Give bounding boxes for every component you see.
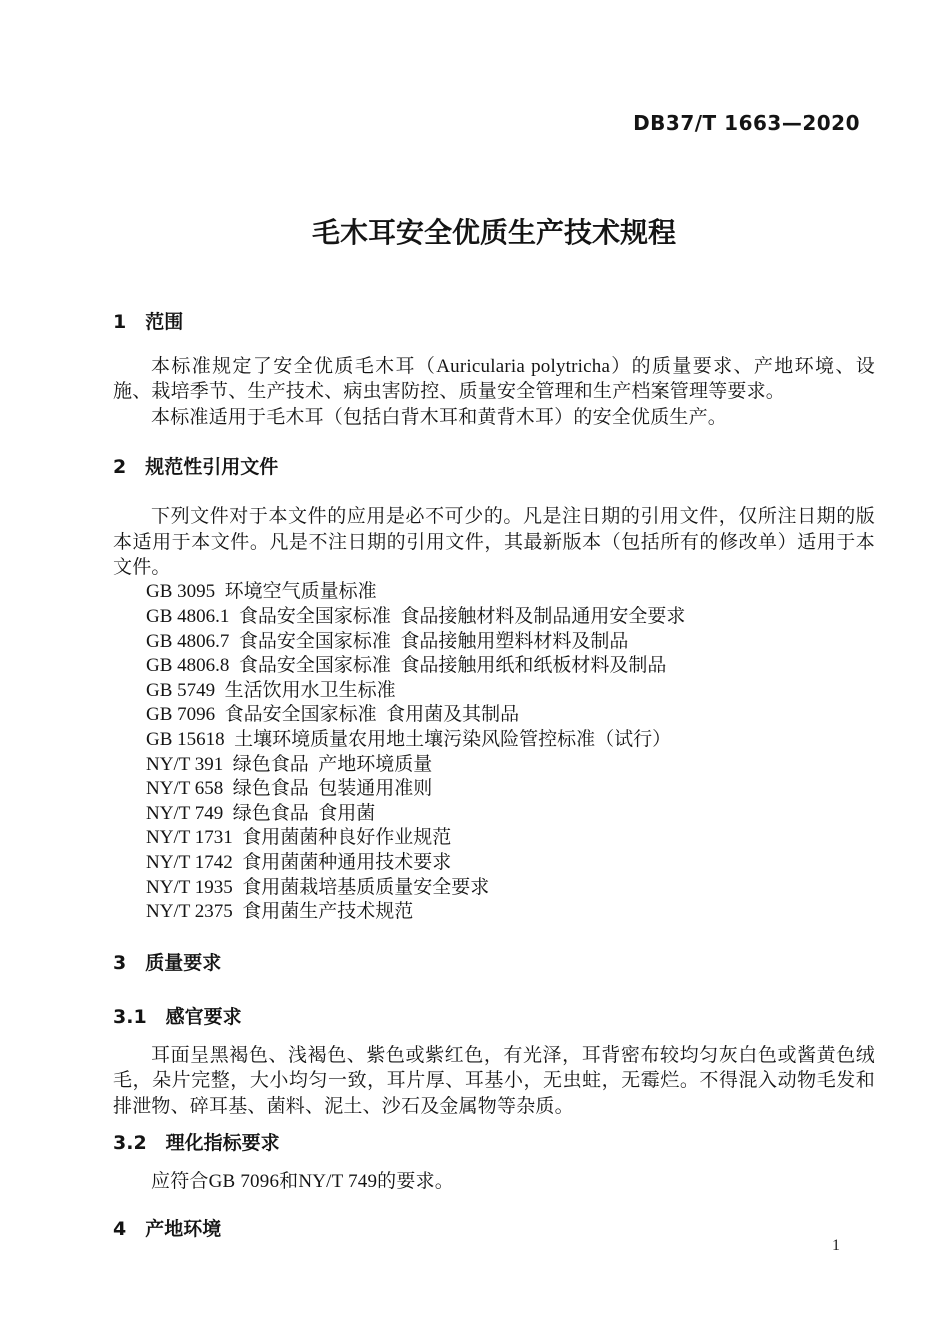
page-content: DB37/T 1663—2020 毛木耳安全优质生产技术规程 1范围 本标准规定…: [0, 112, 950, 1241]
section-number: 3.1: [113, 1005, 147, 1029]
reference-item: GB 4806.8 食品安全国家标准 食品接触用纸和纸板材料及制品: [113, 654, 875, 679]
section-title: 规范性引用文件: [145, 456, 278, 478]
section-number: 2: [113, 455, 126, 479]
section-1-heading: 1范围: [113, 310, 875, 334]
reference-item: GB 4806.7 食品安全国家标准 食品接触用塑料材料及制品: [113, 630, 875, 655]
reference-item: NY/T 391 绿色食品 产地环境质量: [113, 753, 875, 778]
document-title: 毛木耳安全优质生产技术规程: [113, 214, 875, 252]
physicochemical-requirements-paragraph: 应符合GB 7096和NY/T 749的要求。: [113, 1169, 875, 1194]
reference-item: GB 5749 生活饮用水卫生标准: [113, 679, 875, 704]
reference-item: NY/T 1742 食用菌菌种通用技术要求: [113, 851, 875, 876]
reference-item: NY/T 658 绿色食品 包装通用准则: [113, 777, 875, 802]
standard-code: DB37/T 1663—2020: [113, 112, 860, 134]
reference-item: NY/T 2375 食用菌生产技术规范: [113, 900, 875, 925]
reference-item: GB 4806.1 食品安全国家标准 食品接触材料及制品通用安全要求: [113, 605, 875, 630]
section-3-heading: 3质量要求: [113, 951, 875, 975]
reference-item: NY/T 749 绿色食品 食用菌: [113, 802, 875, 827]
references-intro-paragraph: 下列文件对于本文件的应用是必不可少的。凡是注日期的引用文件，仅所注日期的版本适用…: [113, 504, 875, 580]
section-title: 感官要求: [166, 1006, 242, 1028]
page-number: 1: [832, 1236, 840, 1256]
section-title: 产地环境: [145, 1218, 221, 1240]
section-number: 4: [113, 1217, 126, 1241]
reference-item: GB 7096 食品安全国家标准 食用菌及其制品: [113, 703, 875, 728]
reference-item: GB 3095 环境空气质量标准: [113, 580, 875, 605]
section-3-1-heading: 3.1感官要求: [113, 1005, 875, 1029]
section-number: 3: [113, 951, 126, 975]
section-title: 理化指标要求: [166, 1132, 280, 1154]
section-title: 质量要求: [145, 952, 221, 974]
document-page: DB37/T 1663—2020 毛木耳安全优质生产技术规程 1范围 本标准规定…: [0, 0, 950, 1344]
section-3-2-heading: 3.2理化指标要求: [113, 1131, 875, 1155]
reference-item: NY/T 1731 食用菌菌种良好作业规范: [113, 826, 875, 851]
section-title: 范围: [145, 311, 183, 333]
section-2-heading: 2规范性引用文件: [113, 455, 875, 479]
section-number: 3.2: [113, 1131, 147, 1155]
scope-paragraph-2: 本标准适用于毛木耳（包括白背木耳和黄背木耳）的安全优质生产。: [113, 405, 875, 430]
reference-item: GB 15618 土壤环境质量农用地土壤污染风险管控标准（试行）: [113, 728, 875, 753]
section-number: 1: [113, 310, 126, 334]
scope-paragraph-1: 本标准规定了安全优质毛木耳（Auricularia polytricha）的质量…: [113, 354, 875, 405]
reference-item: NY/T 1935 食用菌栽培基质质量安全要求: [113, 876, 875, 901]
sensory-requirements-paragraph: 耳面呈黑褐色、浅褐色、紫色或紫红色，有光泽，耳背密布较均匀灰白色或酱黄色绒毛，朵…: [113, 1043, 875, 1119]
section-4-heading: 4产地环境: [113, 1217, 875, 1241]
references-list: GB 3095 环境空气质量标准 GB 4806.1 食品安全国家标准 食品接触…: [113, 580, 875, 924]
